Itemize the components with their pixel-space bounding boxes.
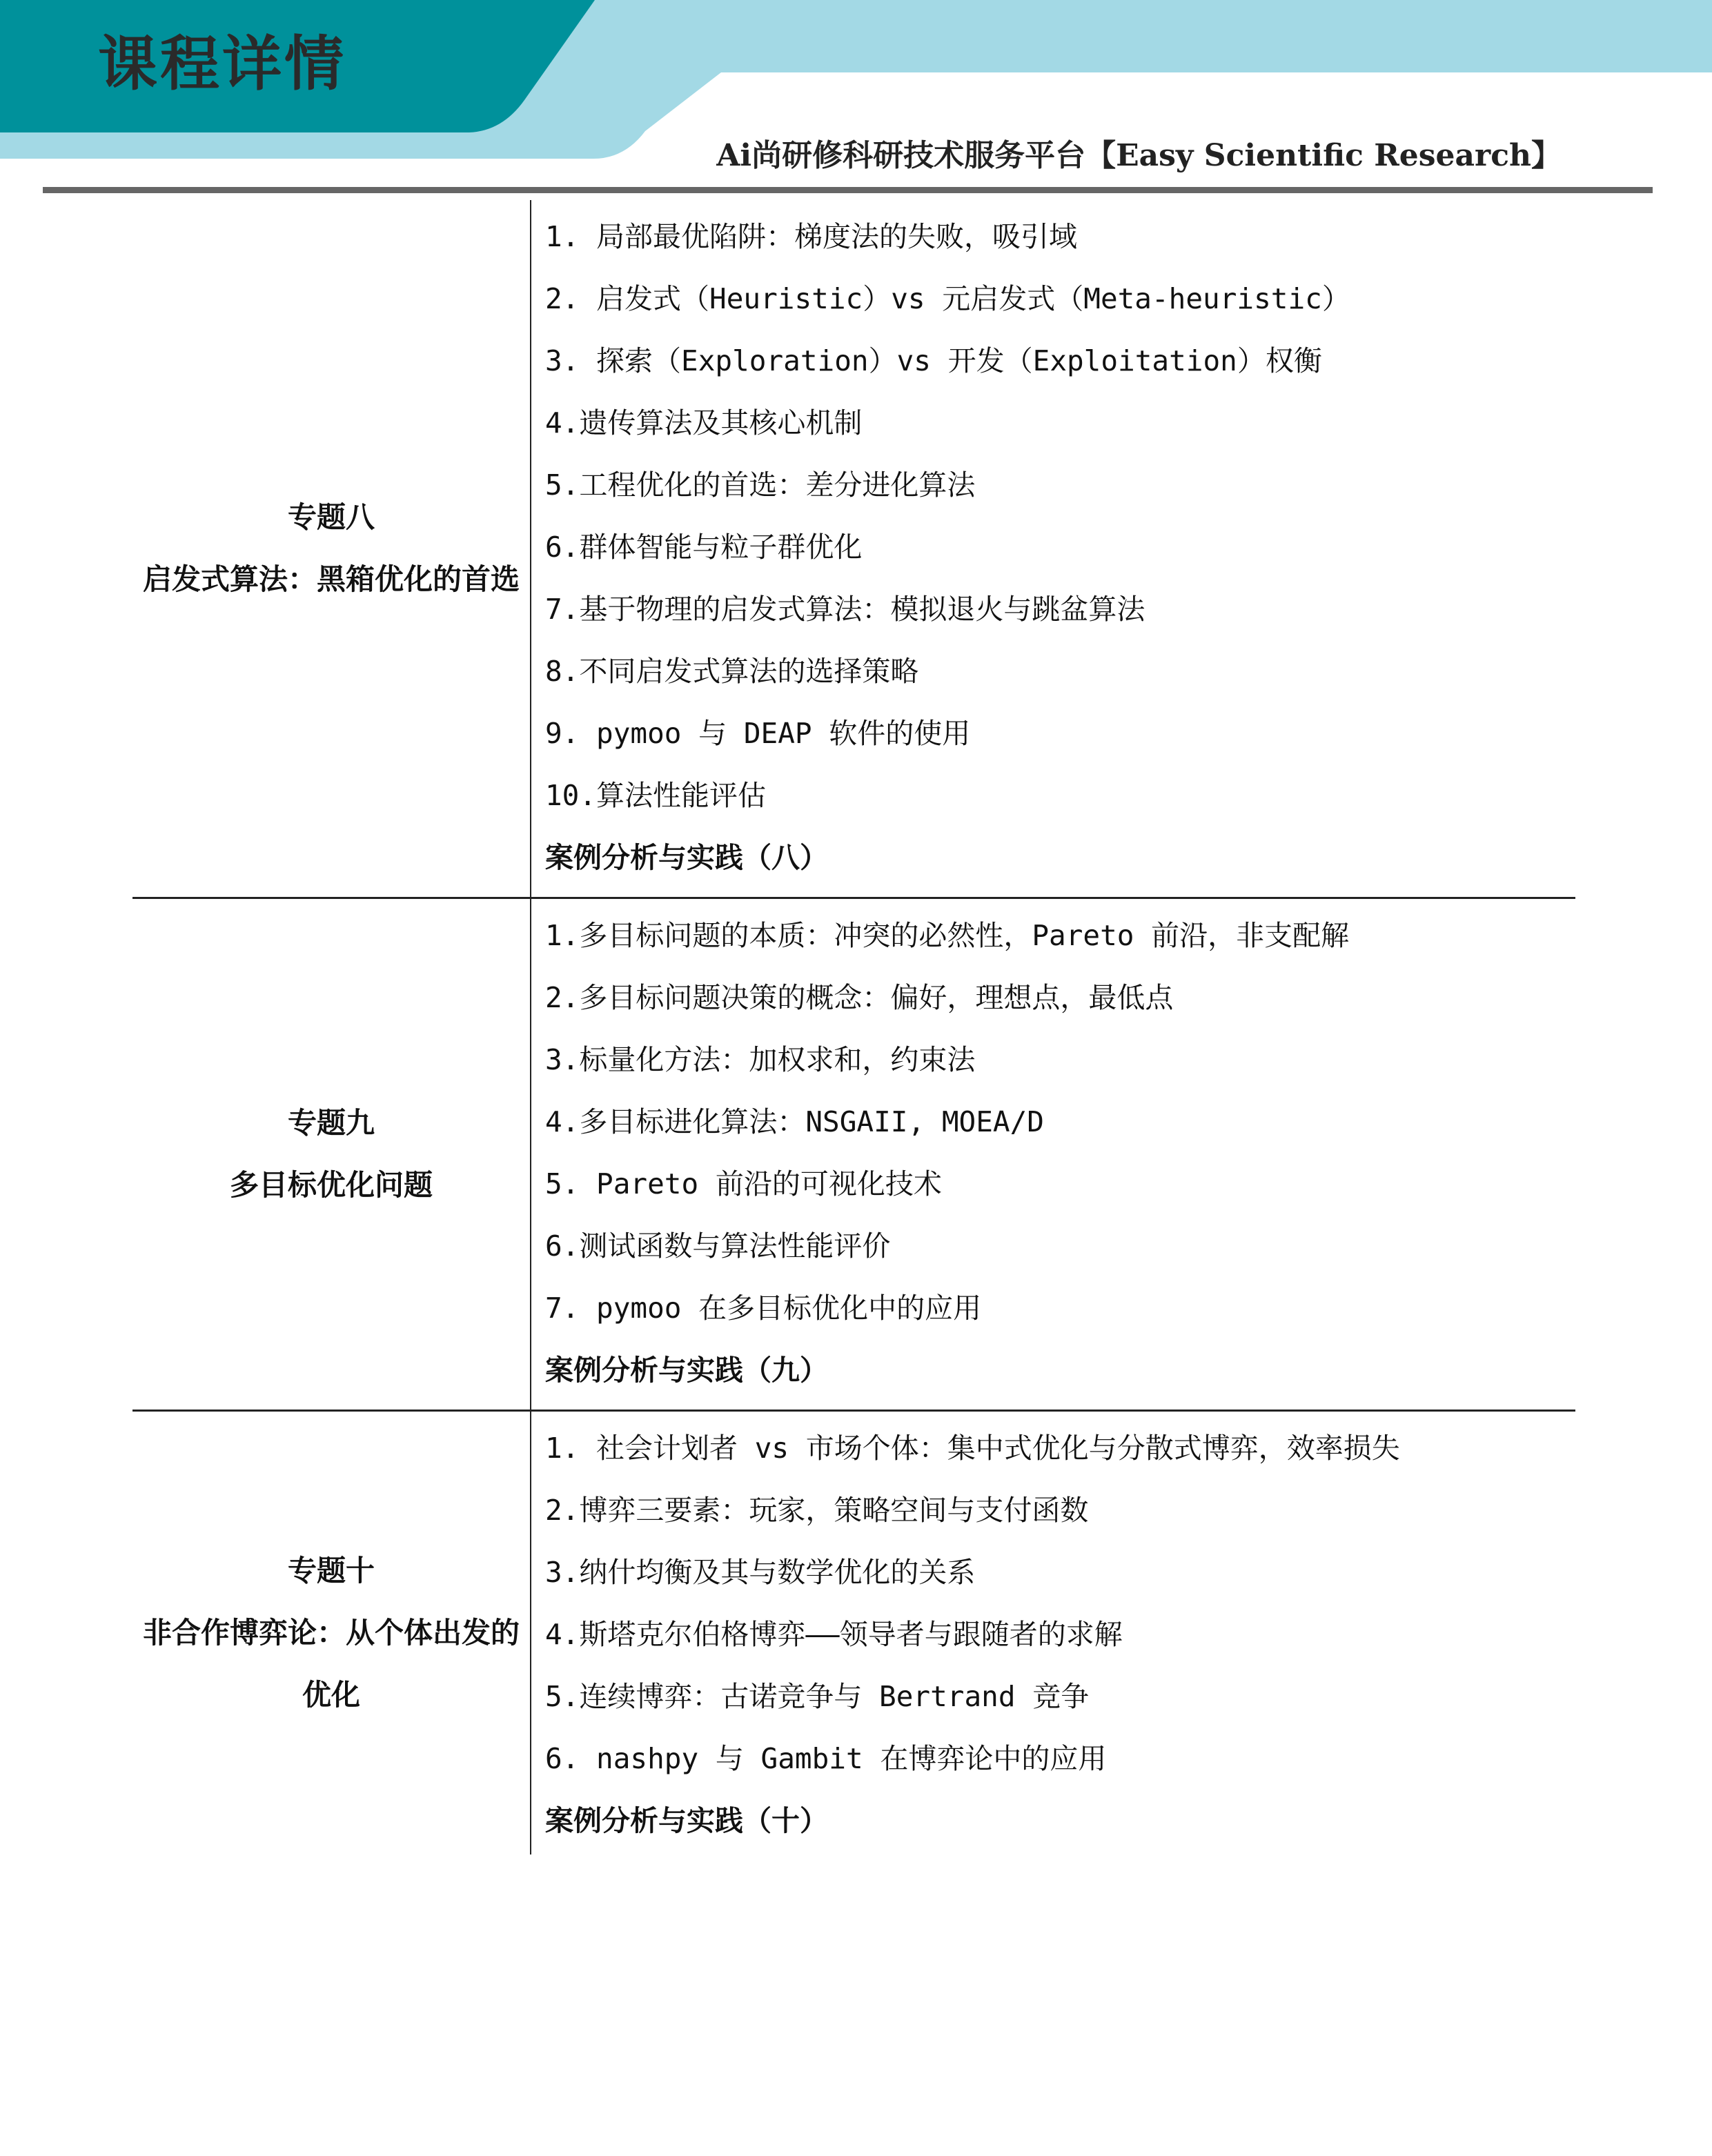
list-item: 6.测试函数与算法性能评价 bbox=[545, 1215, 1575, 1277]
topic-name: 专题十 bbox=[288, 1540, 375, 1602]
list-item: 2. 启发式（Heuristic）vs 元启发式（Meta-heuristic） bbox=[545, 268, 1575, 330]
list-item: 5.工程优化的首选：差分进化算法 bbox=[545, 454, 1575, 516]
course-section-9: 专题九 多目标优化问题 1.多目标问题的本质：冲突的必然性，Pareto 前沿，… bbox=[132, 897, 1575, 1410]
platform-name: Ai尚研修科研技术服务平台【Easy Scientific Research】 bbox=[716, 135, 1562, 177]
page-title: 课程详情 bbox=[98, 26, 346, 102]
list-item: 3.标量化方法：加权求和，约束法 bbox=[545, 1029, 1575, 1091]
topic-items: 1. 社会计划者 vs 市场个体：集中式优化与分散式博弈，效率损失 2.博弈三要… bbox=[531, 1412, 1575, 1855]
course-section-10: 专题十 非合作博弈论：从个体出发的优化 1. 社会计划者 vs 市场个体：集中式… bbox=[132, 1410, 1575, 1855]
list-item: 5. Pareto 前沿的可视化技术 bbox=[545, 1153, 1575, 1215]
list-item: 4.遗传算法及其核心机制 bbox=[545, 392, 1575, 454]
case-study-item: 案例分析与实践（八） bbox=[545, 827, 1575, 889]
list-item: 2.博弈三要素：玩家，策略空间与支付函数 bbox=[545, 1479, 1575, 1541]
topic-name: 专题九 bbox=[288, 1092, 375, 1154]
list-item: 1.多目标问题的本质：冲突的必然性，Pareto 前沿，非支配解 bbox=[545, 904, 1575, 967]
list-item: 5.连续博弈：古诺竞争与 Bertrand 竞争 bbox=[545, 1665, 1575, 1728]
list-item: 3. 探索（Exploration）vs 开发（Exploitation）权衡 bbox=[545, 330, 1575, 392]
list-item: 1. 社会计划者 vs 市场个体：集中式优化与分散式博弈，效率损失 bbox=[545, 1417, 1575, 1479]
list-item: 6. nashpy 与 Gambit 在博弈论中的应用 bbox=[545, 1728, 1575, 1790]
topic-title: 非合作博弈论：从个体出发的优化 bbox=[139, 1602, 523, 1726]
topic-items: 1.多目标问题的本质：冲突的必然性，Pareto 前沿，非支配解 2.多目标问题… bbox=[531, 899, 1575, 1410]
list-item: 3.纳什均衡及其与数学优化的关系 bbox=[545, 1541, 1575, 1603]
course-section-8: 专题八 启发式算法：黑箱优化的首选 1. 局部最优陷阱：梯度法的失败，吸引域 2… bbox=[132, 200, 1575, 897]
topic-name: 专题八 bbox=[288, 486, 375, 548]
list-item: 7.基于物理的启发式算法：模拟退火与跳盆算法 bbox=[545, 578, 1575, 640]
topic-title: 启发式算法：黑箱优化的首选 bbox=[143, 548, 520, 611]
case-study-item: 案例分析与实践（十） bbox=[545, 1790, 1575, 1852]
topic-items: 1. 局部最优陷阱：梯度法的失败，吸引域 2. 启发式（Heuristic）vs… bbox=[531, 200, 1575, 897]
list-item: 1. 局部最优陷阱：梯度法的失败，吸引域 bbox=[545, 206, 1575, 268]
list-item: 2.多目标问题决策的概念：偏好，理想点，最低点 bbox=[545, 967, 1575, 1029]
topic-title: 多目标优化问题 bbox=[230, 1154, 433, 1216]
list-item: 4.多目标进化算法：NSGAII, MOEA/D bbox=[545, 1091, 1575, 1153]
case-study-item: 案例分析与实践（九） bbox=[545, 1339, 1575, 1401]
course-table: 专题八 启发式算法：黑箱优化的首选 1. 局部最优陷阱：梯度法的失败，吸引域 2… bbox=[132, 200, 1575, 1855]
topic-cell: 专题十 非合作博弈论：从个体出发的优化 bbox=[132, 1412, 531, 1855]
header-divider bbox=[43, 187, 1653, 193]
topic-cell: 专题九 多目标优化问题 bbox=[132, 899, 531, 1410]
list-item: 10.算法性能评估 bbox=[545, 764, 1575, 827]
list-item: 7. pymoo 在多目标优化中的应用 bbox=[545, 1277, 1575, 1339]
list-item: 4.斯塔克尔伯格博弈——领导者与跟随者的求解 bbox=[545, 1603, 1575, 1665]
list-item: 6.群体智能与粒子群优化 bbox=[545, 516, 1575, 578]
list-item: 8.不同启发式算法的选择策略 bbox=[545, 640, 1575, 702]
topic-cell: 专题八 启发式算法：黑箱优化的首选 bbox=[132, 200, 531, 897]
list-item: 9. pymoo 与 DEAP 软件的使用 bbox=[545, 702, 1575, 764]
